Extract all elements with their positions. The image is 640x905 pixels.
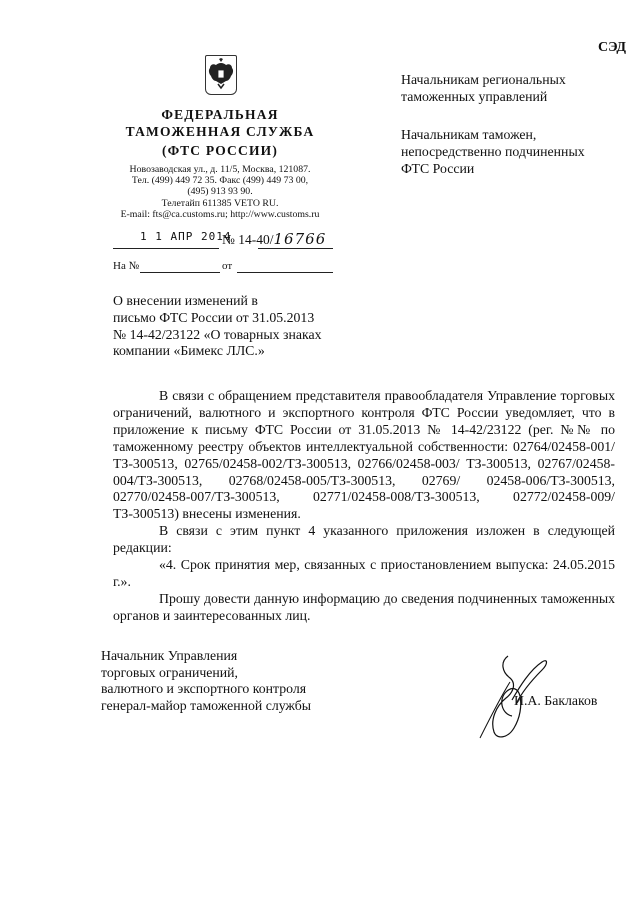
paragraph-amendment: В связи с этим пункт 4 указанного прилож… <box>113 523 615 557</box>
signatory-title-line: валютного и экспортного контроля <box>101 681 311 698</box>
addressee-line: непосредственно подчиненных <box>401 143 631 160</box>
from-label: от <box>222 260 232 272</box>
double-headed-eagle-icon <box>206 56 236 94</box>
document-number: № 14-40/16766 <box>222 230 326 248</box>
addressee-line: ФТС России <box>401 160 631 177</box>
subject-line: письмо ФТС России от 31.05.2013 <box>113 310 373 327</box>
paragraph-new-clause: «4. Срок принятия мер, связанных с приос… <box>113 557 615 591</box>
paragraph-request: Прошу довести данную информацию до сведе… <box>113 591 615 625</box>
document-number-prefix: № 14-40/ <box>222 232 274 247</box>
signatory-name: И.А. Баклаков <box>514 693 597 709</box>
phone-2: (495) 913 93 90. <box>100 186 340 197</box>
date-underline <box>113 248 219 249</box>
org-name-line-3: (ФТС РОССИИ) <box>100 142 340 159</box>
addressee-customs: Начальникам таможен, непосредственно под… <box>401 126 631 177</box>
signatory-title-line: торговых ограничений, <box>101 665 311 682</box>
org-name-line-1: ФЕДЕРАЛЬНАЯ <box>100 106 340 123</box>
coat-of-arms-emblem-icon <box>205 55 237 95</box>
subject-line: № 14-42/23122 «О товарных знаках <box>113 327 373 344</box>
paragraph-notification: В связи с обращением представителя право… <box>113 388 615 523</box>
addressee-line: таможенных управлений <box>401 88 631 105</box>
email-website: E-mail: fts@ca.customs.ru; http://www.cu… <box>100 209 340 220</box>
subject-line: О внесении изменений в <box>113 293 373 310</box>
subject-line: компании «Бимекс ЛЛС.» <box>113 343 373 360</box>
address: Новозаводская ул., д. 11/5, Москва, 1210… <box>100 164 340 175</box>
addressee-line: Начальникам таможен, <box>401 126 631 143</box>
addressee-regional: Начальникам региональных таможенных упра… <box>401 71 631 105</box>
subject-block: О внесении изменений в письмо ФТС России… <box>113 293 373 360</box>
teletype: Телетайп 611385 VETO RU. <box>100 198 340 209</box>
sed-mark: СЭД <box>598 40 626 56</box>
reply-to-field-line <box>140 272 220 273</box>
contact-block: Новозаводская ул., д. 11/5, Москва, 1210… <box>100 164 340 220</box>
from-field-line <box>237 272 333 273</box>
phone-fax: Тел. (499) 449 72 35. Факс (499) 449 73 … <box>100 175 340 186</box>
date-stamp: 1 1 АПР 2014 <box>140 230 231 243</box>
addressee-line: Начальникам региональных <box>401 71 631 88</box>
document-number-handwritten: 16766 <box>274 230 327 248</box>
signatory-title: Начальник Управления торговых ограничени… <box>101 648 311 714</box>
signatory-title-line: генерал-майор таможенной службы <box>101 698 311 715</box>
org-name-line-2: ТАМОЖЕННАЯ СЛУЖБА <box>100 123 340 140</box>
letter-body: В связи с обращением представителя право… <box>113 388 615 625</box>
signatory-title-line: Начальник Управления <box>101 648 311 665</box>
reply-to-label: На № <box>113 260 139 272</box>
number-underline <box>258 248 333 249</box>
